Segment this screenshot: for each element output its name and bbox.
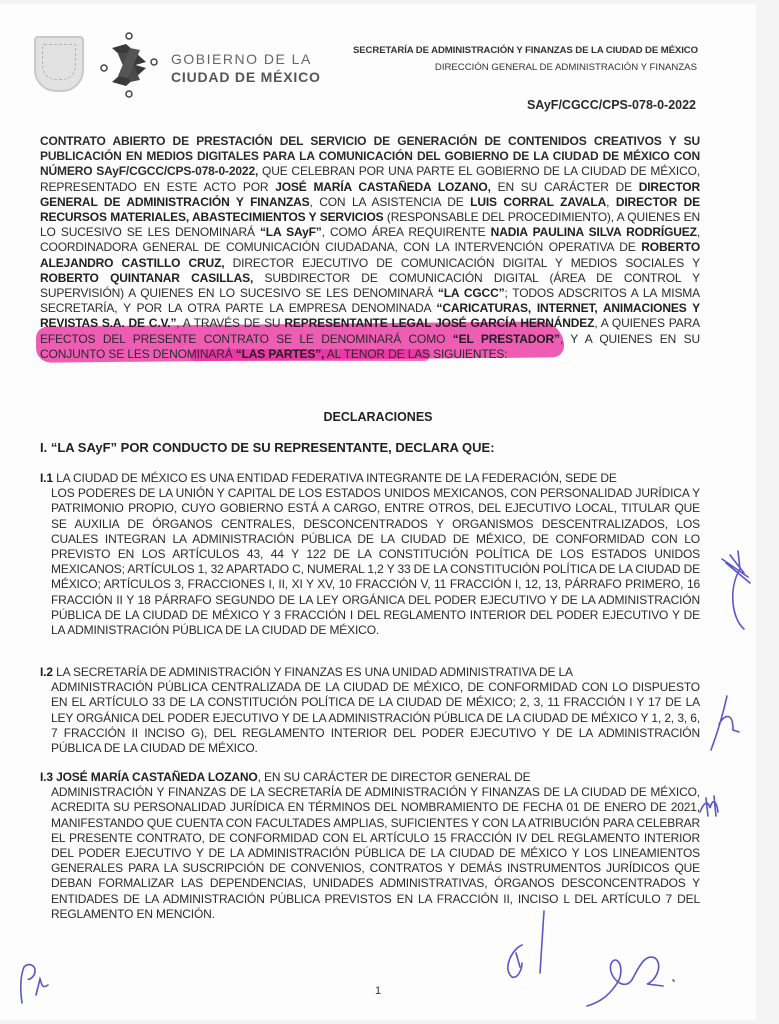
department-line-1: SECRETARÍA DE ADMINISTRACIÓN Y FINANZAS … <box>353 42 698 59</box>
intro-segment: DIRECTOR EJECUTIVO DE COMUNICACIÓN DIGIT… <box>224 256 700 270</box>
declaration-number: I.3 <box>40 770 53 784</box>
cdmx-knot-logo-icon <box>100 32 158 98</box>
signature-mark <box>585 944 685 1014</box>
signature-mark <box>698 794 724 818</box>
org-line-1: GOBIERNO DE LA <box>171 50 321 68</box>
intro-segment: , COMO ÁREA REQUIRENTE <box>322 225 491 239</box>
department-line-2: DIRECCIÓN GENERAL DE ADMINISTRACIÓN Y FI… <box>353 59 698 76</box>
declaration-text: ADMINISTRACIÓN Y FINANZAS DE LA SECRETAR… <box>40 785 700 922</box>
declaration-text: ADMINISTRACIÓN PÚBLICA CENTRALIZADA DE L… <box>40 680 700 756</box>
declaration-text: LA SECRETARÍA DE ADMINISTRACIÓN Y FINANZ… <box>53 665 573 679</box>
signature-mark <box>492 909 552 989</box>
intro-segment: NADIA PAULINA SILVA RODRÍGUEZ <box>491 225 697 239</box>
intro-segment: AL TENOR DE LAS SIGUIENTES: <box>324 347 507 361</box>
declaration-name: JOSÉ MARÍA CASTAÑEDA LOZANO <box>53 770 258 784</box>
declaration-item: I.1 LA CIUDAD DE MÉXICO ES UNA ENTIDAD F… <box>40 471 700 638</box>
intro-segment: JOSÉ MARÍA CASTAÑEDA LOZANO, <box>275 180 491 194</box>
signature-mark <box>705 694 745 754</box>
org-line-2: CIUDAD DE MÉXICO <box>171 68 321 86</box>
contract-intro: CONTRATO ABIERTO DE PRESTACIÓN DEL SERVI… <box>40 134 700 362</box>
intro-segment: “EL PRESTADOR” <box>453 332 560 346</box>
intro-segment: , CON LA ASISTENCIA DE <box>310 195 471 209</box>
declaration-item: I.3 JOSÉ MARÍA CASTAÑEDA LOZANO, EN SU C… <box>40 770 700 922</box>
intro-segment: “LA SAyF” <box>260 225 322 239</box>
government-name: GOBIERNO DE LA CIUDAD DE MÉXICO <box>171 50 321 86</box>
declaration-item: I.2 LA SECRETARÍA DE ADMINISTRACIÓN Y FI… <box>40 665 700 756</box>
intro-segment: ROBERTO QUINTANAR CASILLAS, <box>40 271 253 285</box>
declaration-text: LOS PODERES DE LA UNIÓN Y CAPITAL DE LOS… <box>40 486 700 638</box>
document-number: SAyF/CGCC/CPS-078-0-2022 <box>527 98 696 112</box>
declarations-title: DECLARACIONES <box>0 410 756 424</box>
intro-segment: EN SU CARÁCTER DE <box>491 180 639 194</box>
signature-mark <box>16 959 66 1009</box>
intro-segment: , A TRAVÉS DE SU <box>176 316 284 330</box>
declaration-text: LA CIUDAD DE MÉXICO ES UNA ENTIDAD FEDER… <box>53 471 617 485</box>
section-heading: I. “LA SAyF” POR CONDUCTO DE SU REPRESEN… <box>40 440 495 455</box>
intro-segment: “LA CGCC” <box>438 286 505 300</box>
declaration-number: I.1 <box>40 471 53 485</box>
intro-segment: REPRESENTANTE LEGAL JOSÉ GARCÍA HERNÁNDE… <box>284 316 594 330</box>
intro-segment: , <box>606 195 616 209</box>
signature-mark <box>718 549 758 634</box>
letterhead: GOBIERNO DE LA CIUDAD DE MÉXICO SECRETAR… <box>0 4 756 124</box>
contract-page: GOBIERNO DE LA CIUDAD DE MÉXICO SECRETAR… <box>0 4 756 1020</box>
declaration-number: I.2 <box>40 665 53 679</box>
department-block: SECRETARÍA DE ADMINISTRACIÓN Y FINANZAS … <box>353 42 698 76</box>
coat-of-arms-icon <box>34 36 84 92</box>
intro-segment: “LAS PARTES”, <box>236 347 325 361</box>
declaration-text: , EN SU CARÁCTER DE DIRECTOR GENERAL DE <box>258 770 531 784</box>
intro-segment: LUIS CORRAL ZAVALA <box>470 195 606 209</box>
